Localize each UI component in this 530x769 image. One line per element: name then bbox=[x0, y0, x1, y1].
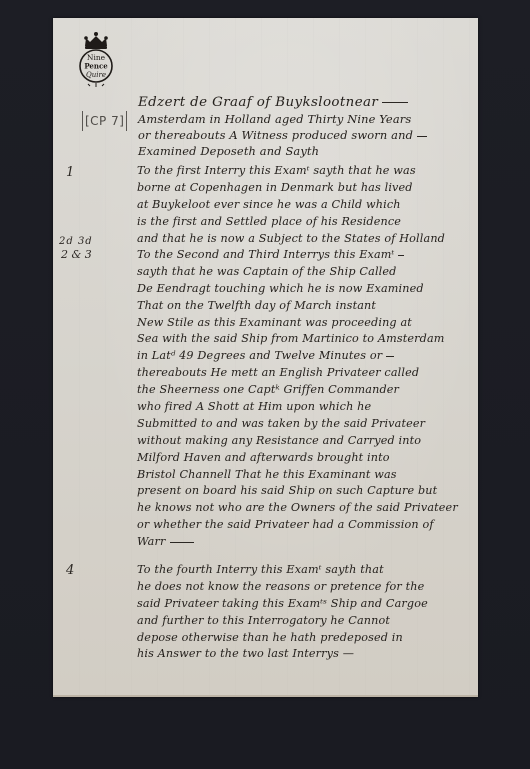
deposition-line: is the first and Settled place of his Re… bbox=[137, 214, 477, 231]
margin-number-1: 1 bbox=[66, 165, 74, 180]
line-filler bbox=[170, 542, 194, 543]
line-filler bbox=[398, 255, 404, 256]
crown-icon: Nine Pence Quire bbox=[76, 30, 116, 88]
deposition-line: Milford Haven and afterwards brought int… bbox=[137, 450, 477, 467]
manuscript-page: Nine Pence Quire [CP 7] Edzert de Graaf … bbox=[53, 18, 478, 697]
deposition-line: thereabouts He mett an English Privateer… bbox=[137, 365, 477, 382]
line-filler bbox=[386, 356, 394, 357]
deposition-line: sayth that he was Captain of the Ship Ca… bbox=[137, 264, 477, 281]
heading-line: Amsterdam in Holland aged Thirty Nine Ye… bbox=[138, 111, 478, 127]
deposition-line: he does not know the reasons or pretence… bbox=[137, 579, 477, 596]
deposition-line: at Buykeloot ever since he was a Child w… bbox=[137, 197, 477, 214]
witness-heading: Edzert de Graaf of Buykslootnear Amsterd… bbox=[138, 95, 478, 159]
deposition-line: Warr bbox=[137, 534, 477, 551]
deposition-line: and that he is now a Subject to the Stat… bbox=[137, 231, 477, 248]
deposition-line: depose otherwise than he hath predeposed… bbox=[137, 630, 477, 647]
deposition-item-1: To the first Interry this Examᵗ sayth th… bbox=[137, 163, 477, 247]
margin-note-2d-3d: 2d 3d bbox=[59, 236, 93, 247]
deposition-line: his Answer to the two last Interrys — bbox=[137, 646, 477, 663]
deposition-line: Bristol Channell That he this Examinant … bbox=[137, 467, 477, 484]
deposition-line: the Sheerness one Captᵏ Griffen Commande… bbox=[137, 382, 477, 399]
witness-name-line: Edzert de Graaf of Buykslootnear bbox=[138, 95, 478, 111]
heading-line: or thereabouts A Witness produced sworn … bbox=[138, 127, 478, 143]
deposition-line: Submitted to and was taken by the said P… bbox=[137, 416, 477, 433]
deposition-line: To the fourth Interry this Examᵗ sayth t… bbox=[137, 562, 477, 579]
deposition-line: said Privateer taking this Examᵗˢ Ship a… bbox=[137, 596, 477, 613]
duty-stamp: Nine Pence Quire bbox=[76, 30, 116, 88]
deposition-line: without making any Resistance and Carrye… bbox=[137, 433, 477, 450]
heading-line: Examined Deposeth and Sayth bbox=[138, 143, 478, 159]
deposition-line: To the Second and Third Interrys this Ex… bbox=[137, 247, 477, 264]
deposition-line: Sea with the said Ship from Martinico to… bbox=[137, 331, 477, 348]
deposition-line: To the first Interry this Examᵗ sayth th… bbox=[137, 163, 477, 180]
svg-text:Pence: Pence bbox=[84, 62, 108, 71]
deposition-line: New Stile as this Examinant was proceedi… bbox=[137, 315, 477, 332]
margin-number-4: 4 bbox=[66, 563, 74, 578]
deposition-line: and further to this Interrogatory he Can… bbox=[137, 613, 477, 630]
archive-reference: [CP 7] bbox=[82, 111, 127, 131]
line-filler bbox=[382, 102, 408, 103]
svg-text:Quire: Quire bbox=[86, 71, 106, 79]
deposition-line: borne at Copenhagen in Denmark but has l… bbox=[137, 180, 477, 197]
deposition-line: present on board his said Ship on such C… bbox=[137, 483, 477, 500]
deposition-item-4: To the fourth Interry this Examᵗ sayth t… bbox=[137, 562, 477, 663]
margin-number-2-3: 2 & 3 bbox=[61, 248, 92, 261]
deposition-item-2-3: To the Second and Third Interrys this Ex… bbox=[137, 247, 477, 551]
deposition-line: in Latᵈ 49 Degrees and Twelve Minutes or bbox=[137, 348, 477, 365]
deposition-line: who fired A Shott at Him upon which he bbox=[137, 399, 477, 416]
deposition-line: he knows not who are the Owners of the s… bbox=[137, 500, 477, 517]
deposition-line: De Eendragt touching which he is now Exa… bbox=[137, 281, 477, 298]
deposition-line: That on the Twelfth day of March instant bbox=[137, 298, 477, 315]
line-filler bbox=[417, 136, 427, 137]
deposition-line: or whether the said Privateer had a Comm… bbox=[137, 517, 477, 534]
document-viewer: Nine Pence Quire [CP 7] Edzert de Graaf … bbox=[0, 0, 530, 769]
